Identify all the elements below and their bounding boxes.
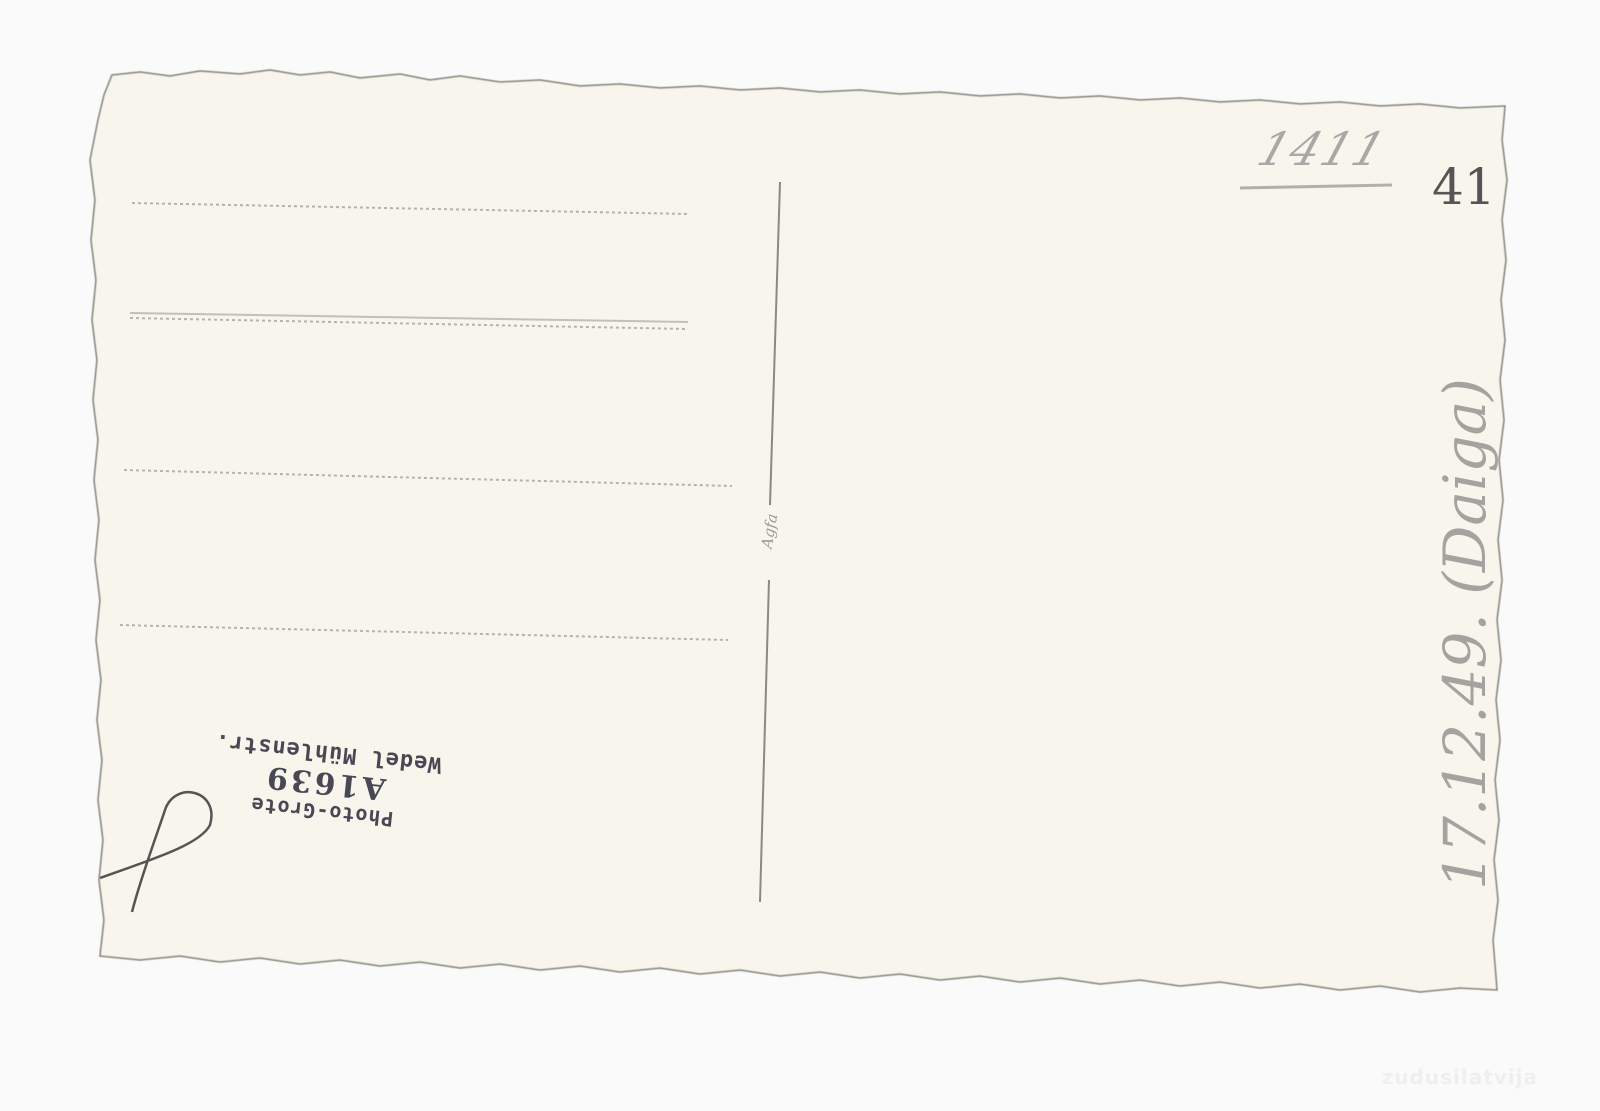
watermark: zudusilatvija [1382,1065,1538,1089]
postcard-scan: 1411 41 17.12.49. (Daiga) Agfa Photo-Gro… [0,0,1600,1111]
handwritten-date-note: 17.12.49. (Daiga) [1431,354,1499,914]
card-body [90,70,1507,992]
handwritten-number-top: 1411 [1251,122,1394,176]
handwritten-number-side: 41 [1432,158,1496,216]
